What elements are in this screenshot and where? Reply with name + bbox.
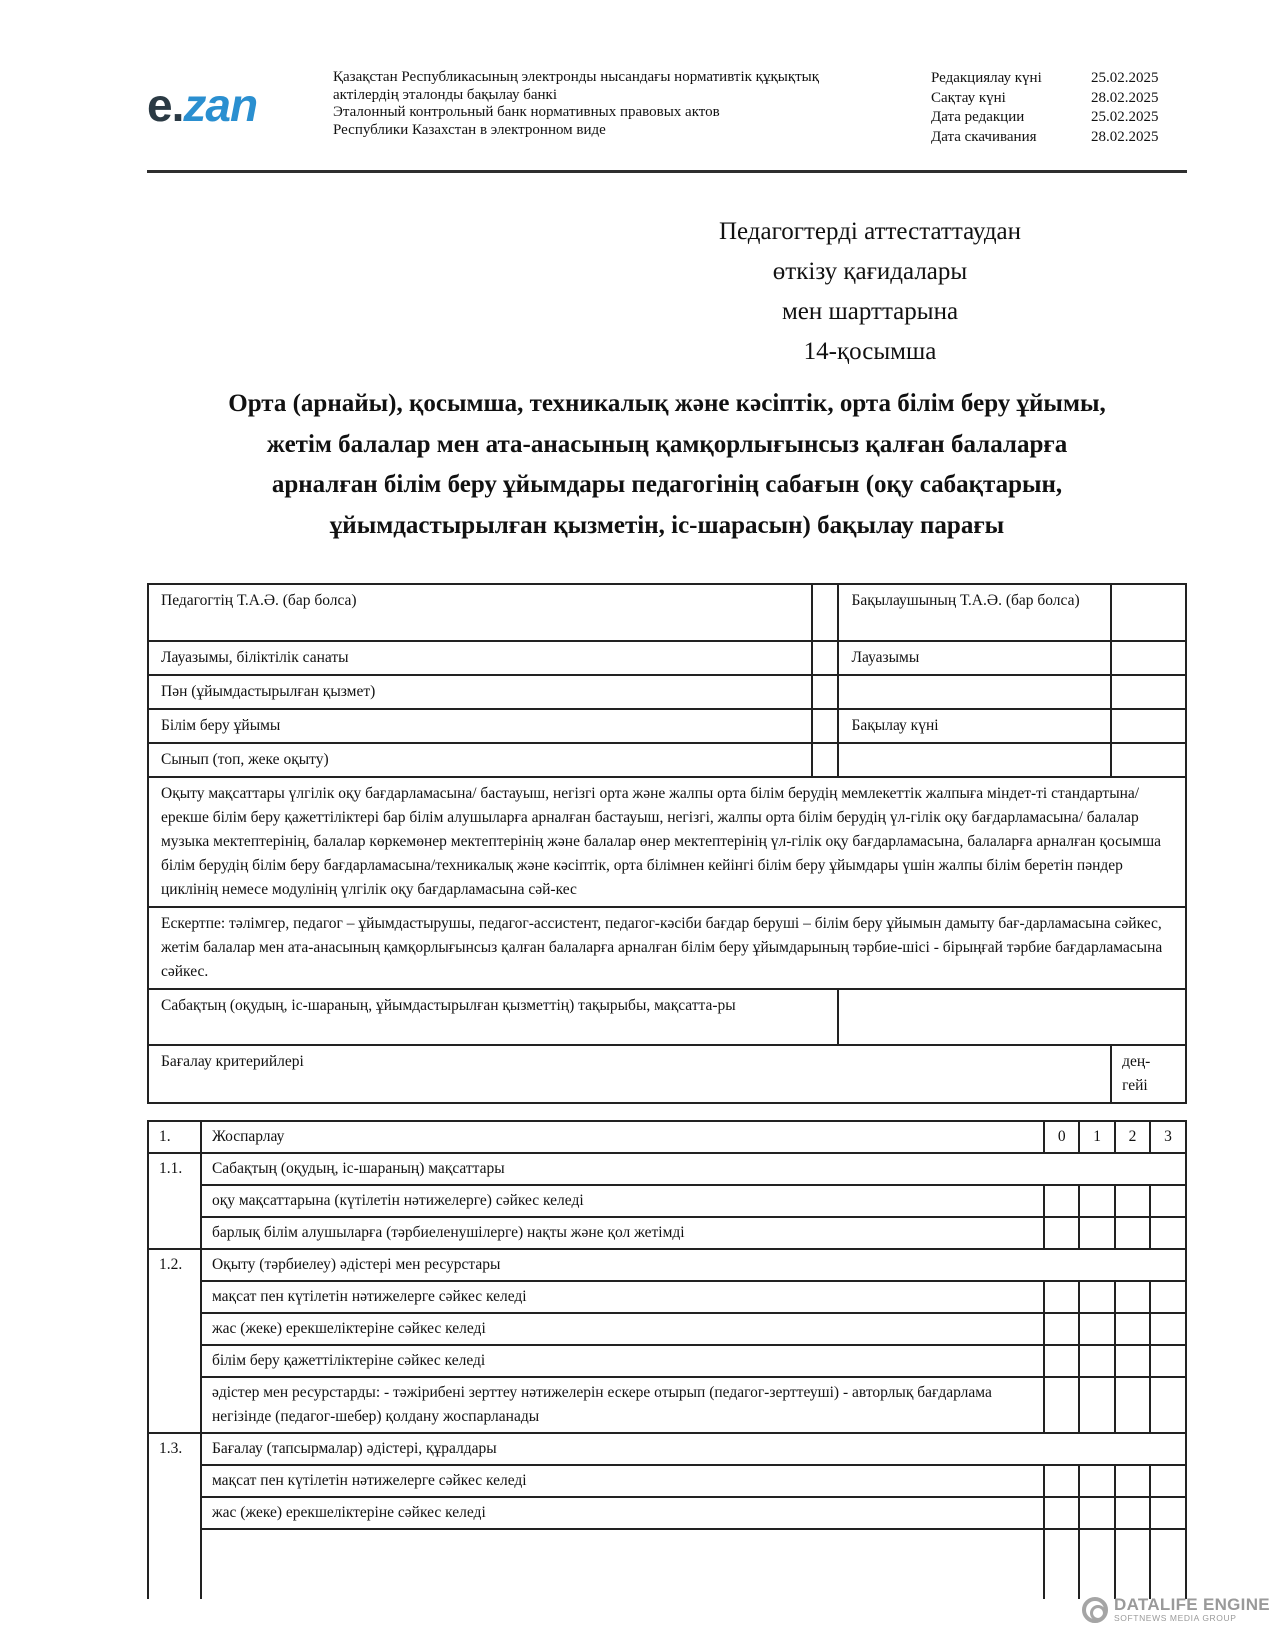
group-title: Сабақтың (оқудың, іс-шараның) мақсаттары [201,1153,1186,1185]
observer-name-field[interactable] [1111,584,1186,641]
score-cell[interactable] [1044,1217,1079,1249]
observer-name-label: Бақылаушының Т.А.Ә. (бар болса) [838,584,1111,641]
score-cell[interactable] [1079,1281,1115,1313]
appendix-reference: Педагогтерді аттестаттаудан өткізу қағид… [640,212,1100,372]
score-cell[interactable] [1079,1497,1115,1529]
learning-goals-text: Оқыту мақсаттары үлгілік оқу бағдарламас… [148,777,1186,907]
section-title: Жоспарлау [201,1121,1044,1153]
lesson-topic-label: Сабақтың (оқудың, іс-шараның, ұйымдастыр… [148,989,838,1045]
score-cell[interactable] [1150,1497,1186,1529]
section-number: 1. [148,1121,201,1153]
observer-position-field[interactable] [1111,641,1186,675]
score-cell[interactable] [1079,1313,1115,1345]
info-table: Педагогтің Т.А.Ә. (бар болса) Бақылаушын… [147,583,1187,1104]
score-cell[interactable] [1044,1281,1079,1313]
criteria-label: Бағалау критерийлері [148,1045,1111,1103]
score-header: 1 [1079,1121,1115,1153]
score-cell[interactable] [1150,1313,1186,1345]
score-cell[interactable] [1044,1529,1079,1599]
score-cell[interactable] [1150,1529,1186,1599]
score-cell[interactable] [1115,1497,1150,1529]
empty-cell [838,675,1111,709]
score-cell[interactable] [1079,1377,1115,1433]
criterion-item-continued [201,1529,1044,1599]
score-cell[interactable] [1150,1377,1186,1433]
group-title: Оқыту (тәрбиелеу) әдістері мен ресурстар… [201,1249,1186,1281]
group-number: 1.2. [148,1249,201,1433]
score-cell[interactable] [1079,1465,1115,1497]
score-cell[interactable] [1044,1377,1079,1433]
datalife-watermark: DATALIFE ENGINE SOFTNEWS MEDIA GROUP [1082,1596,1270,1623]
score-cell[interactable] [1079,1217,1115,1249]
observer-position-label: Лауазымы [838,641,1111,675]
score-cell[interactable] [1079,1529,1115,1599]
class-label: Сынып (топ, жеке оқыту) [148,743,812,777]
score-cell[interactable] [1115,1281,1150,1313]
criterion-item: оқу мақсаттарына (күтілетін нәтижелерге)… [201,1185,1044,1217]
criterion-item: мақсат пен күтілетін нәтижелерге сәйкес … [201,1465,1044,1497]
score-cell[interactable] [1150,1217,1186,1249]
criterion-item: жас (жеке) ерекшеліктеріне сәйкес келеді [201,1313,1044,1345]
group-title: Бағалау (тапсырмалар) әдістері, құралдар… [201,1433,1186,1465]
lesson-topic-field[interactable] [838,989,1186,1045]
score-cell[interactable] [1115,1465,1150,1497]
score-cell[interactable] [1044,1345,1079,1377]
position-category-label: Лауазымы, біліктілік санаты [148,641,812,675]
score-cell[interactable] [1115,1313,1150,1345]
empty-cell [1111,675,1186,709]
score-header: 2 [1115,1121,1150,1153]
empty-cell [1111,743,1186,777]
organization-label: Білім беру ұйымы [148,709,812,743]
group-number: 1.3. [148,1433,201,1599]
document-title: Орта (арнайы), қосымша, техникалық және … [147,384,1187,546]
datalife-logo-icon [1082,1597,1108,1623]
criterion-item: мақсат пен күтілетін нәтижелерге сәйкес … [201,1281,1044,1313]
criterion-item: жас (жеке) ерекшеліктеріне сәйкес келеді [201,1497,1044,1529]
group-number: 1.1. [148,1153,201,1249]
score-cell[interactable] [1115,1529,1150,1599]
note-text: Ескертпе: тәлімгер, педагог – ұйымдастыр… [148,907,1186,989]
score-cell[interactable] [1115,1185,1150,1217]
score-header: 0 [1044,1121,1079,1153]
subject-label: Пән (ұйымдастырылған қызмет) [148,675,812,709]
score-cell[interactable] [1115,1345,1150,1377]
score-cell[interactable] [1079,1185,1115,1217]
score-cell[interactable] [1044,1313,1079,1345]
header-divider [147,170,1187,173]
score-cell[interactable] [1044,1465,1079,1497]
teacher-name-label: Педагогтің Т.А.Ә. (бар болса) [148,584,812,641]
criterion-item: әдістер мен ресурстарды: - тәжірибені зе… [201,1377,1044,1433]
header-organization: Қазақстан Республикасының электронды ныс… [333,69,893,139]
teacher-name-field[interactable] [812,584,838,641]
criterion-item: білім беру қажеттіліктеріне сәйкес келед… [201,1345,1044,1377]
ezan-logo: e.zan [147,78,257,132]
score-cell[interactable] [1079,1345,1115,1377]
level-label: дең-гейі [1111,1045,1186,1103]
score-cell[interactable] [1115,1217,1150,1249]
criterion-item: барлық білім алушыларға (тәрбиеленушілер… [201,1217,1044,1249]
score-cell[interactable] [1150,1465,1186,1497]
score-header: 3 [1150,1121,1186,1153]
organization-field[interactable] [812,709,838,743]
empty-cell [838,743,1111,777]
score-cell[interactable] [1150,1185,1186,1217]
score-cell[interactable] [1044,1497,1079,1529]
score-cell[interactable] [1115,1377,1150,1433]
score-cell[interactable] [1150,1345,1186,1377]
class-field[interactable] [812,743,838,777]
header-dates: Редакциялау күні25.02.2025 Сақтау күні28… [931,69,1159,147]
observation-date-label: Бақылау күні [838,709,1111,743]
score-cell[interactable] [1044,1185,1079,1217]
observation-date-field[interactable] [1111,709,1186,743]
subject-field[interactable] [812,675,838,709]
criteria-table: 1. Жоспарлау 0 1 2 3 1.1. Сабақтың (оқуд… [147,1120,1187,1599]
position-category-field[interactable] [812,641,838,675]
score-cell[interactable] [1150,1281,1186,1313]
